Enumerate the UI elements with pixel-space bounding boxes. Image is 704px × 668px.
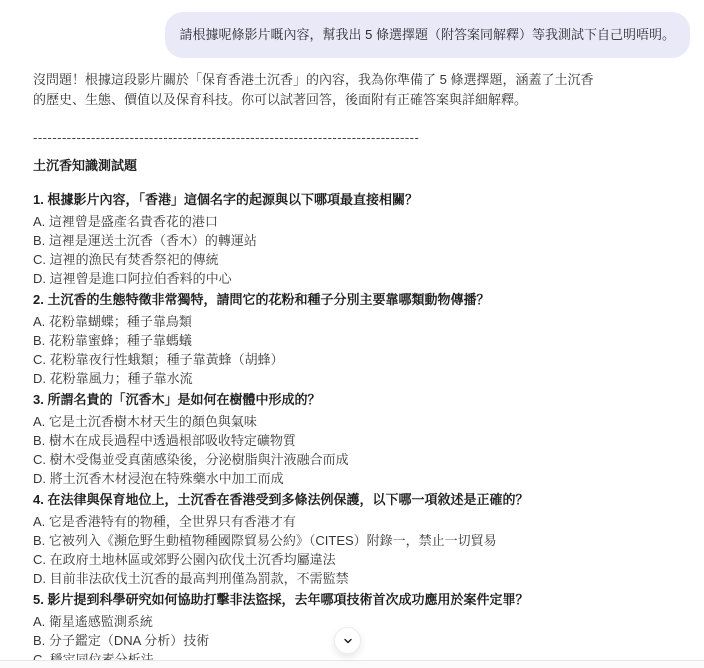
quiz-title: 土沉香知識測試題	[33, 156, 684, 176]
question-1-title: 1. 根據影片內容，「香港」這個名字的起源與以下哪項最直接相關？	[33, 190, 684, 210]
option-line: C. 在政府土地林區或郊野公園內砍伐土沉香均屬違法	[33, 550, 684, 569]
assistant-intro-paragraph: 沒問題！根據這段影片關於「保育香港土沉香」的內容，我為你準備了 5 條選擇題，涵…	[33, 70, 684, 110]
option-line: D. 這裡曾是進口阿拉伯香料的中心	[33, 269, 684, 288]
question-4: 4. 在法律與保育地位上，土沉香在香港受到多條法例保護，以下哪一項敘述是正確的？…	[33, 490, 684, 588]
dashed-separator: ----------------------------------------…	[33, 128, 453, 148]
composer-top-edge	[0, 660, 704, 668]
option-line: A. 它是香港特有的物種，全世界只有香港才有	[33, 512, 684, 531]
option-line: C. 這裡的漁民有焚香祭祀的傳統	[33, 250, 684, 269]
scroll-to-bottom-button[interactable]	[334, 627, 361, 654]
option-line: D. 花粉靠風力；種子靠水流	[33, 369, 684, 388]
question-2-options: A. 花粉靠蝴蝶；種子靠鳥類 B. 花粉靠蜜蜂；種子靠螞蟻 C. 花粉靠夜行性蛾…	[33, 312, 684, 388]
option-line: A. 它是土沉香樹木材天生的顏色與氣味	[33, 412, 684, 431]
chevron-down-icon	[342, 635, 354, 647]
question-3-title: 3. 所謂名貴的「沉香木」是如何在樹體中形成的？	[33, 390, 684, 410]
question-5: 5. 影片提到科學研究如何協助打擊非法盜採，去年哪項技術首次成功應用於案件定罪？…	[33, 590, 684, 668]
option-line: C. 花粉靠夜行性蛾類；種子靠黃蜂（胡蜂）	[33, 350, 684, 369]
option-line: B. 樹木在成長過程中透過根部吸收特定礦物質	[33, 431, 684, 450]
intro-line: 沒問題！根據這段影片關於「保育香港土沉香」的內容，我為你準備了 5 條選擇題，涵…	[33, 70, 684, 90]
question-3-options: A. 它是土沉香樹木材天生的顏色與氣味 B. 樹木在成長過程中透過根部吸收特定礦…	[33, 412, 684, 488]
option-line: D. 將土沉香木材浸泡在特殊藥水中加工而成	[33, 469, 684, 488]
option-line: D. 目前非法砍伐土沉香的最高判刑僅為罰款，不需監禁	[33, 569, 684, 588]
intro-line: 的歷史、生態、價值以及保育科技。你可以試著回答，後面附有正確答案與詳細解釋。	[33, 90, 684, 110]
user-message-bubble: 請根據呢條影片嘅內容，幫我出 5 條選擇題（附答案同解釋）等我測試下自己明唔明。	[165, 12, 690, 58]
user-message-text: 請根據呢條影片嘅內容，幫我出 5 條選擇題（附答案同解釋）等我測試下自己明唔明。	[180, 27, 675, 42]
option-line: A. 這裡曾是盛產名貴香花的港口	[33, 212, 684, 231]
quiz-questions: 1. 根據影片內容，「香港」這個名字的起源與以下哪項最直接相關？ A. 這裡曾是…	[33, 190, 684, 668]
option-line: B. 這裡是運送土沉香（香木）的轉運站	[33, 231, 684, 250]
option-line: A. 花粉靠蝴蝶；種子靠鳥類	[33, 312, 684, 331]
question-4-options: A. 它是香港特有的物種，全世界只有香港才有 B. 它被列入《瀕危野生動植物種國…	[33, 512, 684, 588]
option-line: A. 衛星遙感監測系統	[33, 612, 684, 631]
option-line: B. 它被列入《瀕危野生動植物種國際貿易公約》（CITES）附錄一，禁止一切貿易	[33, 531, 684, 550]
option-line: B. 花粉靠蜜蜂；種子靠螞蟻	[33, 331, 684, 350]
question-1-options: A. 這裡曾是盛產名貴香花的港口 B. 這裡是運送土沉香（香木）的轉運站 C. …	[33, 212, 684, 288]
assistant-message: 沒問題！根據這段影片關於「保育香港土沉香」的內容，我為你準備了 5 條選擇題，涵…	[33, 70, 684, 668]
question-5-title: 5. 影片提到科學研究如何協助打擊非法盜採，去年哪項技術首次成功應用於案件定罪？	[33, 590, 684, 610]
question-1: 1. 根據影片內容，「香港」這個名字的起源與以下哪項最直接相關？ A. 這裡曾是…	[33, 190, 684, 288]
question-2: 2. 土沉香的生態特徵非常獨特，請問它的花粉和種子分別主要靠哪類動物傳播？ A.…	[33, 290, 684, 388]
question-2-title: 2. 土沉香的生態特徵非常獨特，請問它的花粉和種子分別主要靠哪類動物傳播？	[33, 290, 684, 310]
question-3: 3. 所謂名貴的「沉香木」是如何在樹體中形成的？ A. 它是土沉香樹木材天生的顏…	[33, 390, 684, 488]
user-message-row: 請根據呢條影片嘅內容，幫我出 5 條選擇題（附答案同解釋）等我測試下自己明唔明。	[0, 0, 704, 58]
question-4-title: 4. 在法律與保育地位上，土沉香在香港受到多條法例保護，以下哪一項敘述是正確的？	[33, 490, 684, 510]
option-line: C. 樹木受傷並受真菌感染後，分泌樹脂與汁液融合而成	[33, 450, 684, 469]
chat-conversation: 請根據呢條影片嘅內容，幫我出 5 條選擇題（附答案同解釋）等我測試下自己明唔明。…	[0, 0, 704, 668]
